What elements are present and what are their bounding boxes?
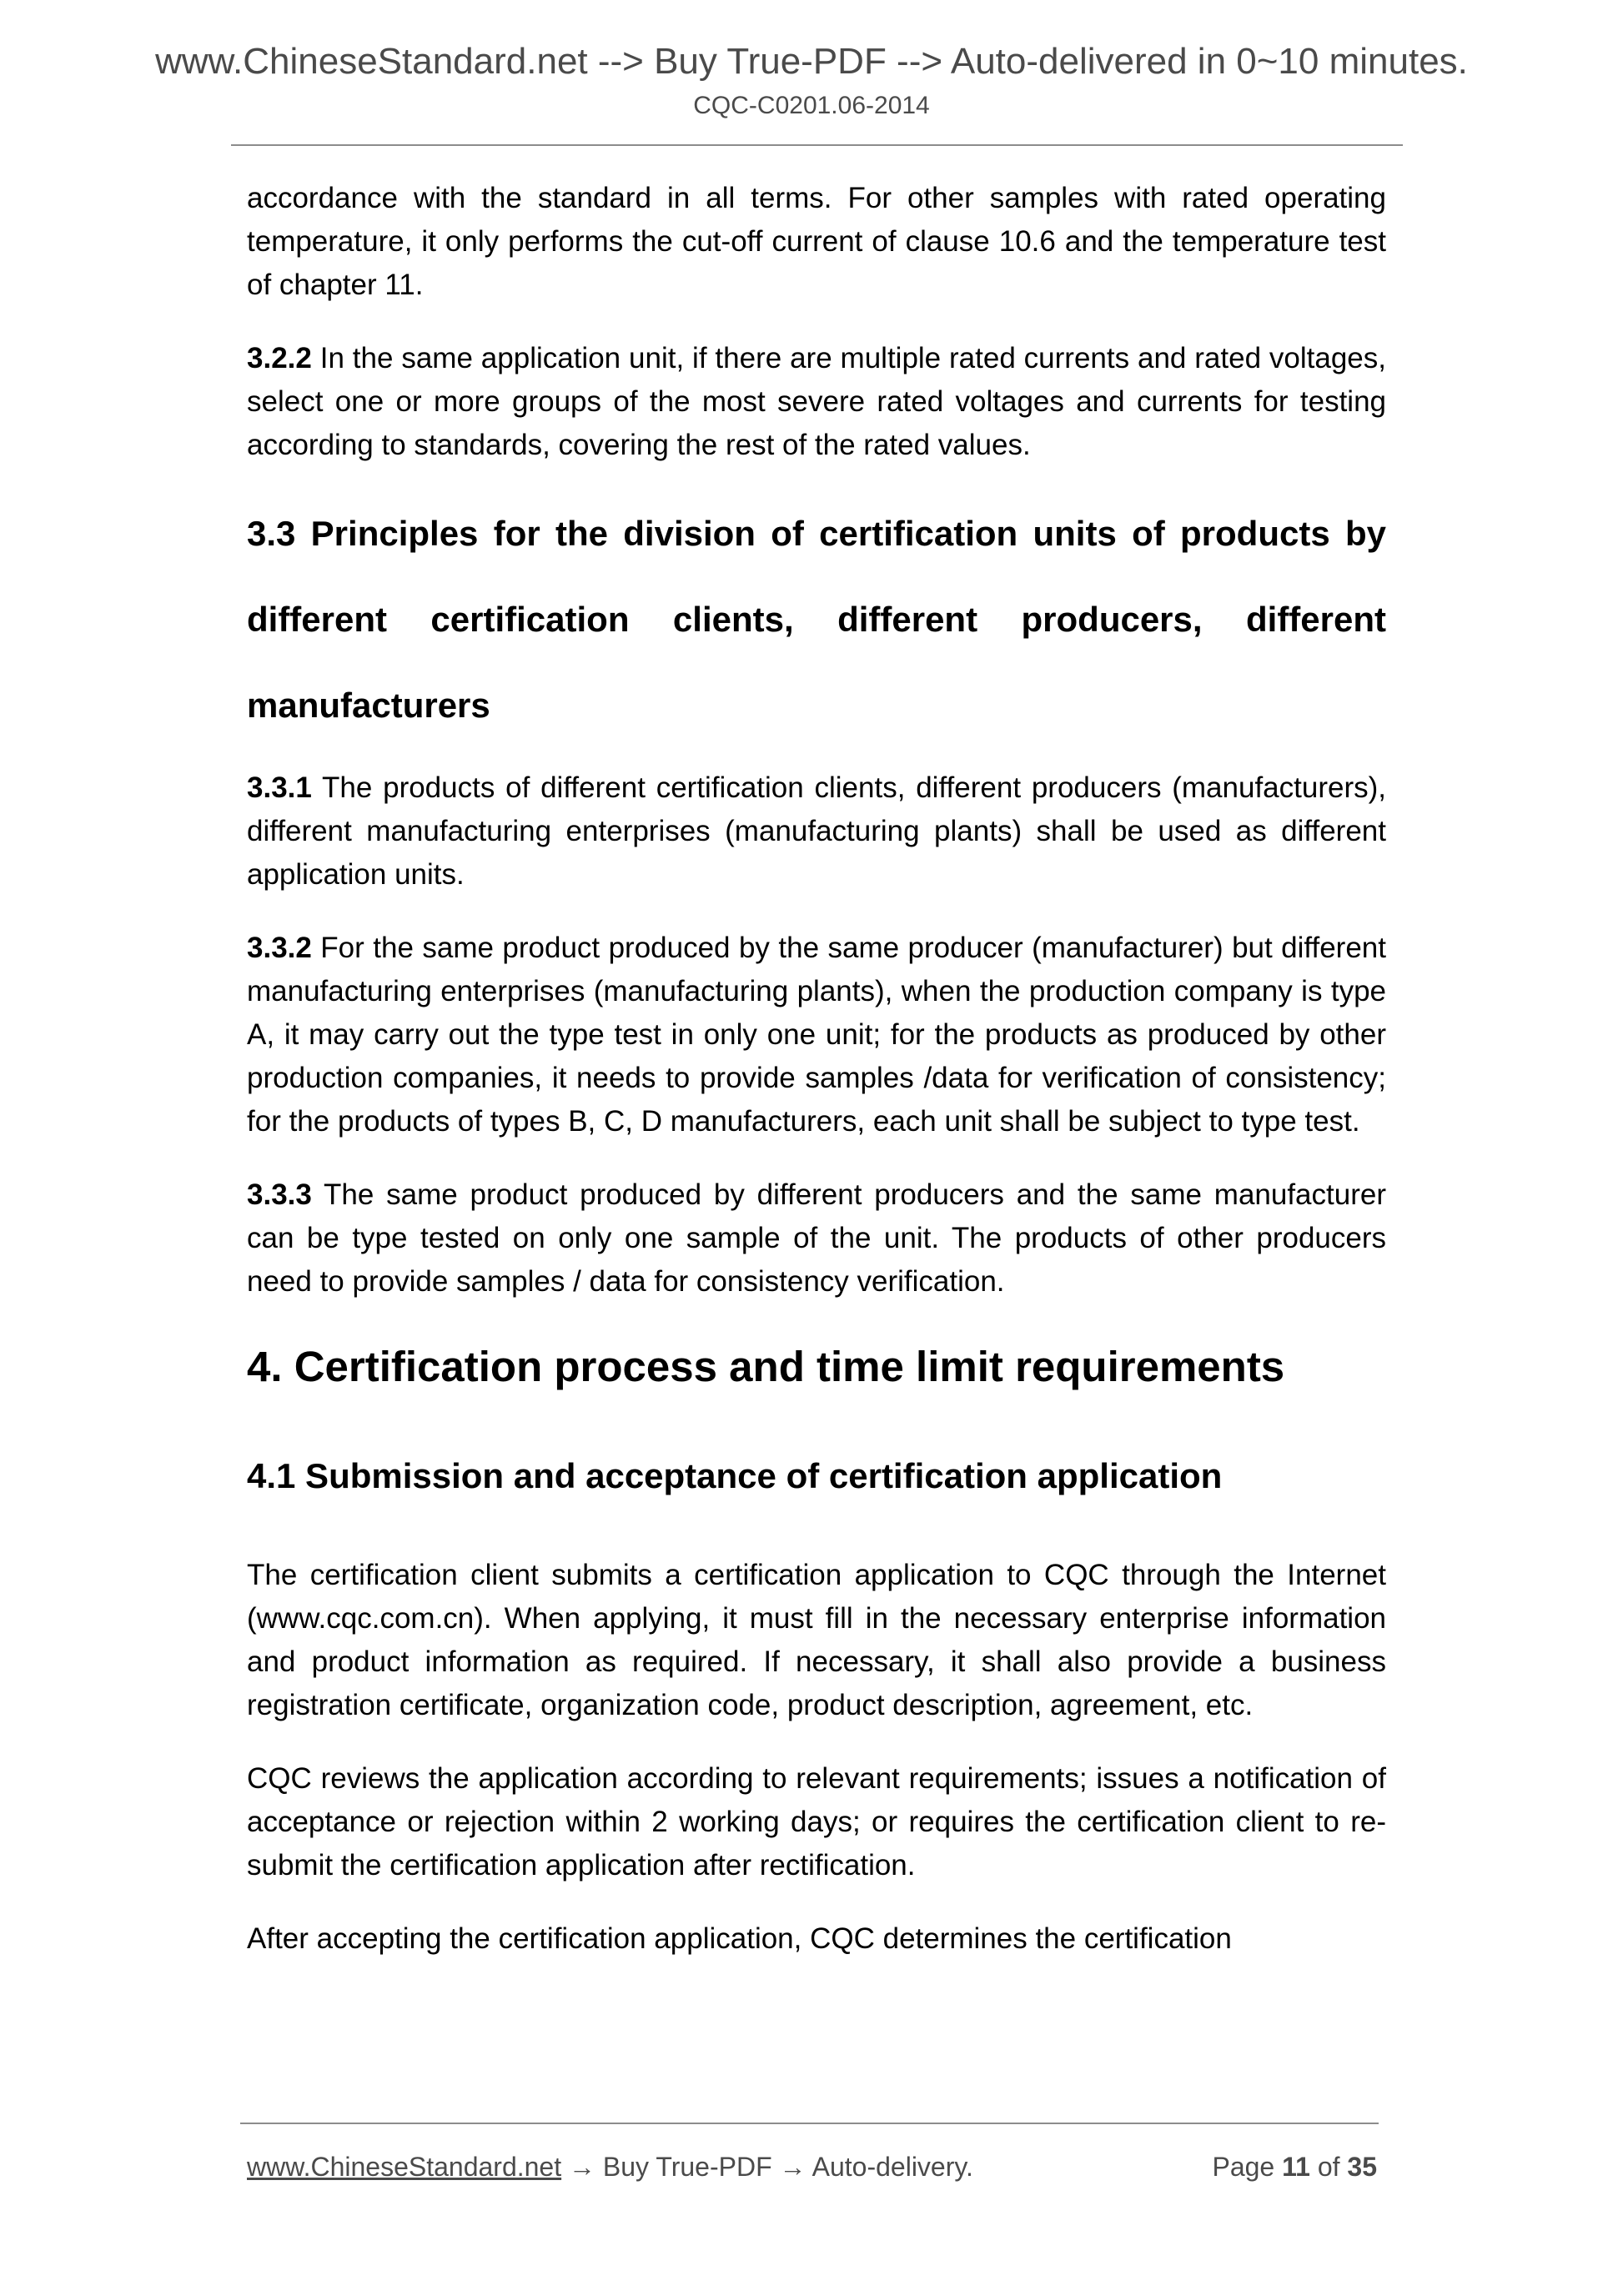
header-divider xyxy=(231,144,1403,146)
heading-4: 4. Certification process and time limit … xyxy=(247,1342,1386,1392)
heading-3-3: 3.3 Principles for the division of certi… xyxy=(247,490,1386,748)
of-label: of xyxy=(1318,2152,1340,2182)
clause-number: 3.3.1 xyxy=(247,771,312,804)
clause-text: The same product produced by different p… xyxy=(247,1178,1386,1298)
paragraph-continued: accordance with the standard in all term… xyxy=(247,177,1386,307)
page-total: 35 xyxy=(1347,2152,1377,2182)
paragraph-4-1-b: CQC reviews the application according to… xyxy=(247,1757,1386,1887)
footer-site-link[interactable]: www.ChineseStandard.net xyxy=(247,2152,561,2182)
footer-buy-text: Buy True-PDF xyxy=(603,2152,772,2182)
footer-divider xyxy=(240,2123,1379,2124)
page-label: Page xyxy=(1212,2152,1274,2182)
paragraph-4-1-c: After accepting the certification applic… xyxy=(247,1917,1386,1961)
paragraph-4-1-a: The certification client submits a certi… xyxy=(247,1554,1386,1727)
arrow-right-icon: → xyxy=(780,2152,806,2182)
page-header-banner: www.ChineseStandard.net --> Buy True-PDF… xyxy=(0,43,1623,80)
clause-number: 3.3.2 xyxy=(247,932,312,964)
page-body: accordance with the standard in all term… xyxy=(247,177,1386,1961)
footer-delivery-text: Auto-delivery. xyxy=(812,2152,973,2182)
clause-number: 3.3.3 xyxy=(247,1178,312,1211)
clause-text: For the same product produced by the sam… xyxy=(247,932,1386,1138)
arrow-right-icon: → xyxy=(569,2152,595,2182)
footer-promo: www.ChineseStandard.net → Buy True-PDF →… xyxy=(247,2153,973,2180)
clause-text: The products of different certification … xyxy=(247,771,1386,891)
clause-number: 3.2.2 xyxy=(247,342,312,374)
clause-3-3-1: 3.3.1 The products of different certific… xyxy=(247,766,1386,897)
clause-3-3-2: 3.3.2 For the same product produced by t… xyxy=(247,927,1386,1143)
document-code: CQC-C0201.06-2014 xyxy=(0,93,1623,118)
heading-4-1: 4.1 Submission and acceptance of certifi… xyxy=(247,1455,1386,1497)
clause-3-3-3: 3.3.3 The same product produced by diffe… xyxy=(247,1173,1386,1304)
page-number: Page 11 of 35 xyxy=(1212,2153,1377,2180)
clause-3-2-2: 3.2.2 In the same application unit, if t… xyxy=(247,337,1386,467)
page-current: 11 xyxy=(1282,2152,1310,2182)
clause-text: In the same application unit, if there a… xyxy=(247,342,1386,461)
